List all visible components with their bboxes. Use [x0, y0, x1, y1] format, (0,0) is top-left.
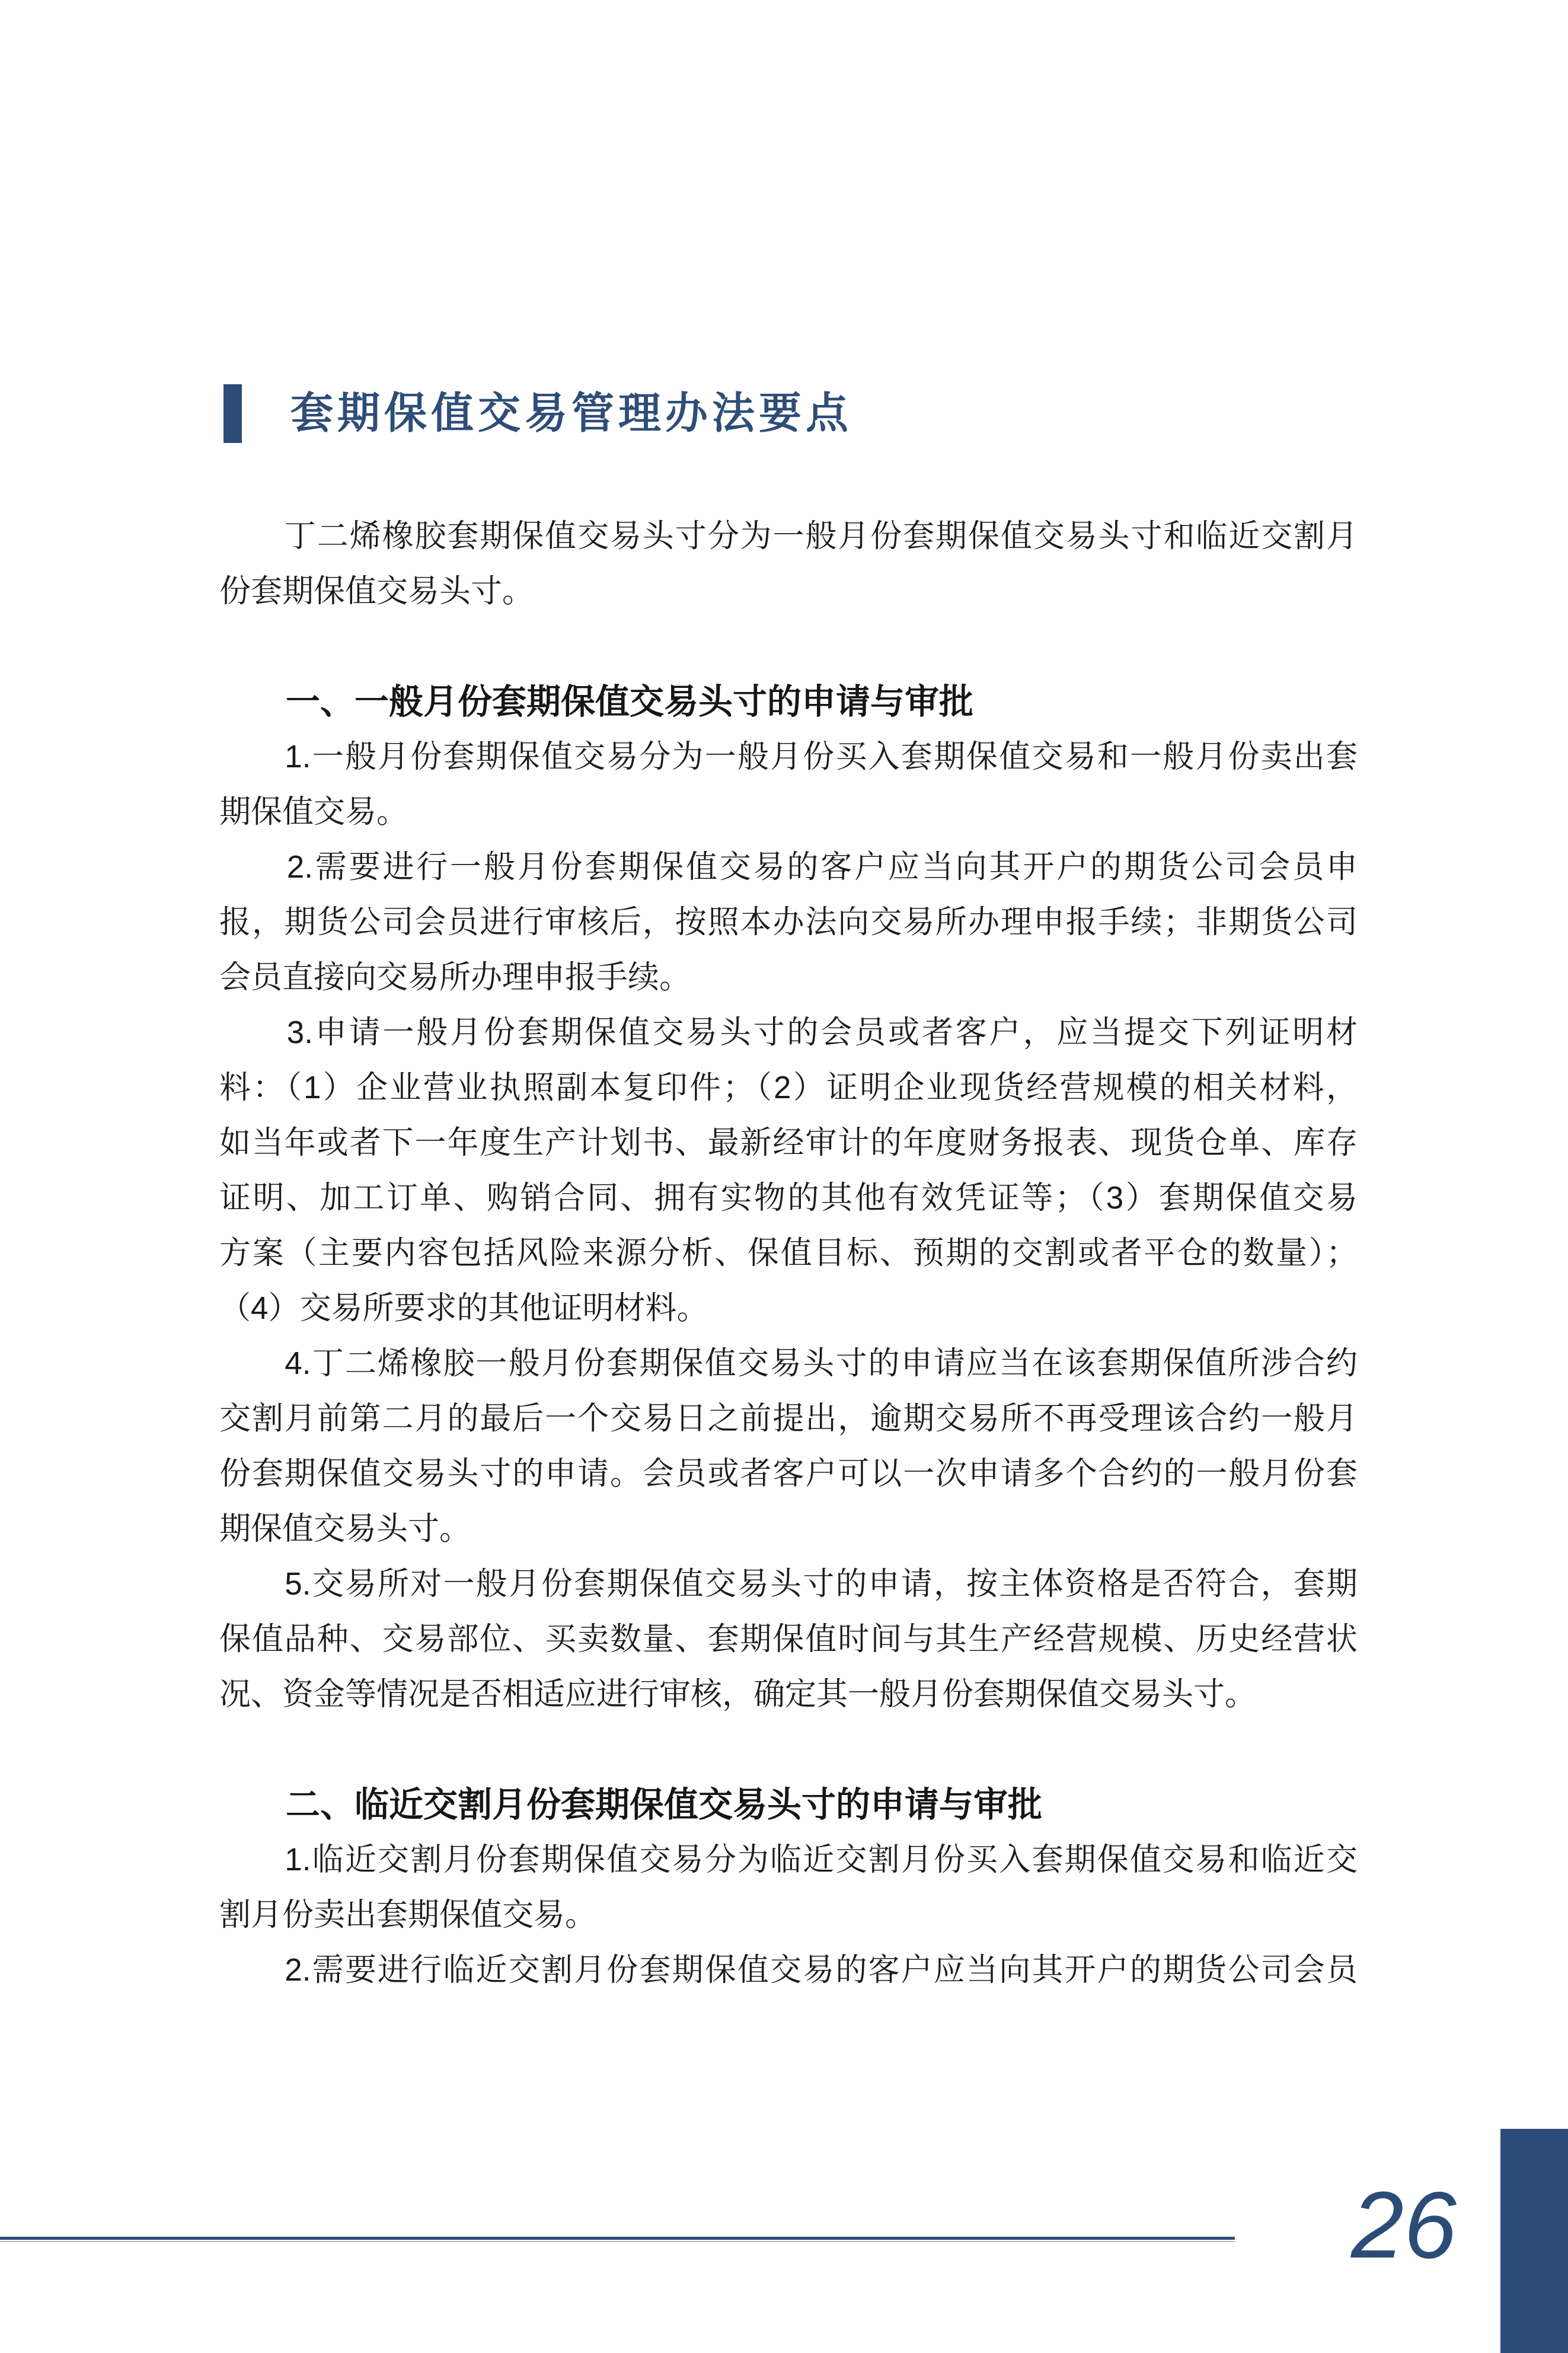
footer-rule [0, 2237, 1235, 2242]
paragraph-line: 2.需要进行一般月份套期保值交易的客户应当向其开户的期货公司会员申 [219, 840, 1358, 895]
paragraph-line: 期保值交易。 [219, 785, 1358, 840]
section-heading: 二、临近交割月份套期保值交易头寸的申请与审批 [219, 1777, 1358, 1832]
paragraph-line: 丁二烯橡胶套期保值交易头寸分为一般月份套期保值交易头寸和临近交割月 [219, 509, 1358, 564]
paragraph: 5.交易所对一般月份套期保值交易头寸的申请，按主体资格是否符合，套期保值品种、交… [219, 1557, 1358, 1722]
page-number: 26 [1351, 2177, 1457, 2272]
paragraph-line: 如当年或者下一年度生产计划书、最新经审计的年度财务报表、现货仓单、库存 [219, 1115, 1358, 1171]
paragraph: 1.临近交割月份套期保值交易分为临近交割月份买入套期保值交易和临近交割月份卖出套… [219, 1832, 1358, 1943]
paragraph-line: 份套期保值交易头寸的申请。会员或者客户可以一次申请多个合约的一般月份套 [219, 1446, 1358, 1501]
corner-accent-bar [1500, 2129, 1568, 2353]
paragraph-line: 割月份卖出套期保值交易。 [219, 1887, 1358, 1943]
paragraph-line: 交割月前第二月的最后一个交易日之前提出，逾期交易所不再受理该合约一般月 [219, 1391, 1358, 1446]
paragraph-line: 1.临近交割月份套期保值交易分为临近交割月份买入套期保值交易和临近交 [219, 1832, 1358, 1887]
paragraph-line: 3.申请一般月份套期保值交易头寸的会员或者客户，应当提交下列证明材 [219, 1005, 1358, 1060]
paragraph: 2.需要进行一般月份套期保值交易的客户应当向其开户的期货公司会员申报，期货公司会… [219, 840, 1358, 1005]
paragraph-line: 报，期货公司会员进行审核后，按照本办法向交易所办理申报手续；非期货公司 [219, 895, 1358, 950]
paragraph-line: 况、资金等情况是否相适应进行审核，确定其一般月份套期保值交易头寸。 [219, 1667, 1358, 1722]
paragraph-line: 2.需要进行临近交割月份套期保值交易的客户应当向其开户的期货公司会员 [219, 1943, 1358, 1998]
paragraph-line: 方案（主要内容包括风险来源分析、保值目标、预期的交割或者平仓的数量）； [219, 1226, 1358, 1281]
page-title: 套期保值交易管理办法要点 [290, 384, 852, 443]
paragraph-line: 期保值交易头寸。 [219, 1501, 1358, 1557]
paragraph-line: 5.交易所对一般月份套期保值交易头寸的申请，按主体资格是否符合，套期 [219, 1557, 1358, 1612]
paragraph: 2.需要进行临近交割月份套期保值交易的客户应当向其开户的期货公司会员 [219, 1943, 1358, 1998]
paragraph-line: 1.一般月份套期保值交易分为一般月份买入套期保值交易和一般月份卖出套 [219, 729, 1358, 785]
paragraph: 1.一般月份套期保值交易分为一般月份买入套期保值交易和一般月份卖出套期保值交易。 [219, 729, 1358, 840]
title-row: 套期保值交易管理办法要点 [223, 384, 852, 443]
title-accent-bar [223, 384, 242, 443]
paragraph: 3.申请一般月份套期保值交易头寸的会员或者客户，应当提交下列证明材料：（1）企业… [219, 1005, 1358, 1336]
document-page: 套期保值交易管理办法要点 丁二烯橡胶套期保值交易头寸分为一般月份套期保值交易头寸… [0, 0, 1568, 2353]
paragraph-line: 会员直接向交易所办理申报手续。 [219, 950, 1358, 1005]
paragraph-line: 证明、加工订单、购销合同、拥有实物的其他有效凭证等；（3）套期保值交易 [219, 1171, 1358, 1226]
paragraph: 4.丁二烯橡胶一般月份套期保值交易头寸的申请应当在该套期保值所涉合约交割月前第二… [219, 1336, 1358, 1557]
paragraph-line: 保值品种、交易部位、买卖数量、套期保值时间与其生产经营规模、历史经营状 [219, 1612, 1358, 1667]
paragraph-line: 份套期保值交易头寸。 [219, 564, 1358, 619]
section-heading: 一、一般月份套期保值交易头寸的申请与审批 [219, 674, 1358, 729]
document-body: 丁二烯橡胶套期保值交易头寸分为一般月份套期保值交易头寸和临近交割月份套期保值交易… [219, 509, 1358, 1998]
paragraph-line: （4）交易所要求的其他证明材料。 [219, 1281, 1358, 1336]
paragraph-line: 4.丁二烯橡胶一般月份套期保值交易头寸的申请应当在该套期保值所涉合约 [219, 1336, 1358, 1391]
paragraph: 丁二烯橡胶套期保值交易头寸分为一般月份套期保值交易头寸和临近交割月份套期保值交易… [219, 509, 1358, 619]
paragraph-line: 料：（1）企业营业执照副本复印件；（2）证明企业现货经营规模的相关材料， [219, 1060, 1358, 1115]
